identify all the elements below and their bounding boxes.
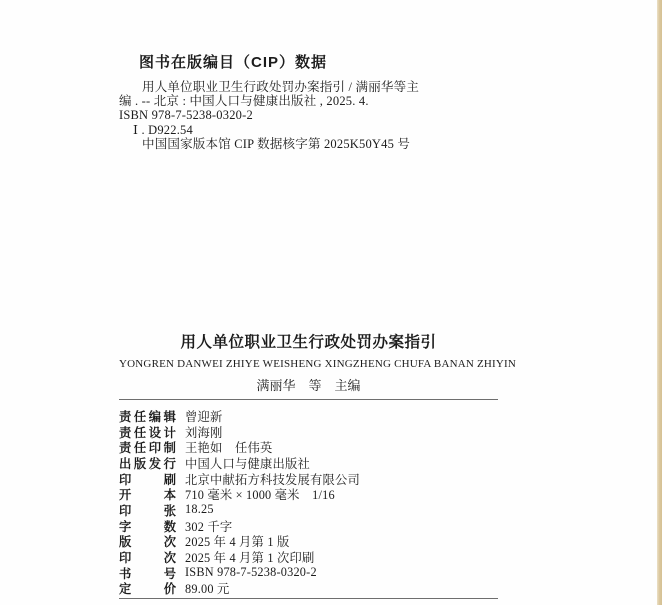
colophon-value: 2025 年 4 月第 1 次印刷 [185, 548, 314, 566]
book-title-pinyin: YONGREN DANWEI ZHIYE WEISHENG XINGZHENG … [119, 357, 498, 371]
cip-registration-line: 中国国家版本馆 CIP 数据核字第 2025K50Y45 号 [119, 137, 509, 151]
colophon-row-price: 定价 89.00 元 [119, 581, 498, 597]
cip-classification-line: Ⅰ . D922.54 [119, 123, 509, 137]
colophon-row-publisher: 出版发行 中国人口与健康出版社 [119, 455, 498, 471]
cip-line: 用人单位职业卫生行政处罚办案指引 / 满丽华等主 [119, 80, 509, 94]
cip-data-block: 用人单位职业卫生行政处罚办案指引 / 满丽华等主 编 . -- 北京 : 中国人… [119, 80, 509, 151]
colophon-list: 责任编辑 曾迎新 责任设计 刘海刚 责任印制 王艳如 任伟英 出版发行 中国人口… [119, 408, 498, 596]
colophon-value: 89.00 元 [185, 579, 229, 597]
divider-bottom [119, 598, 498, 599]
colophon-row-format: 开本 710 毫米 × 1000 毫米 1/16 [119, 486, 498, 502]
colophon-row-editor: 责任编辑 曾迎新 [119, 408, 498, 424]
cip-isbn-line: ISBN 978-7-5238-0320-2 [119, 108, 509, 122]
cip-heading: 图书在版编目（CIP）数据 [139, 53, 327, 73]
title-block: 用人单位职业卫生行政处罚办案指引 YONGREN DANWEI ZHIYE WE… [119, 332, 498, 394]
cip-line: 编 . -- 北京 : 中国人口与健康出版社 , 2025. 4. [119, 94, 509, 108]
colophon-row-edition: 版次 2025 年 4 月第 1 版 [119, 534, 498, 550]
scanned-page-edge [657, 0, 662, 605]
colophon-row-print-supervisor: 责任印制 王艳如 任伟英 [119, 439, 498, 455]
colophon-row-printing: 印次 2025 年 4 月第 1 次印刷 [119, 549, 498, 565]
colophon-label: 定价 [119, 579, 176, 597]
colophon-value: 18.25 [185, 502, 214, 517]
colophon-row-wordcount: 字数 302 千字 [119, 518, 498, 534]
colophon-row-printer: 印刷 北京中献拓方科技发展有限公司 [119, 471, 498, 487]
colophon-row-isbn: 书号 ISBN 978-7-5238-0320-2 [119, 565, 498, 581]
divider-top [119, 399, 498, 400]
colophon-value: ISBN 978-7-5238-0320-2 [185, 565, 317, 580]
colophon-row-sheets: 印张 18.25 [119, 502, 498, 518]
colophon-value: 710 毫米 × 1000 毫米 1/16 [185, 485, 335, 503]
colophon-row-designer: 责任设计 刘海刚 [119, 424, 498, 440]
book-editors: 满丽华 等 主编 [119, 377, 498, 394]
book-copyright-page: 图书在版编目（CIP）数据 用人单位职业卫生行政处罚办案指引 / 满丽华等主 编… [0, 0, 662, 605]
book-title: 用人单位职业卫生行政处罚办案指引 [119, 332, 498, 353]
